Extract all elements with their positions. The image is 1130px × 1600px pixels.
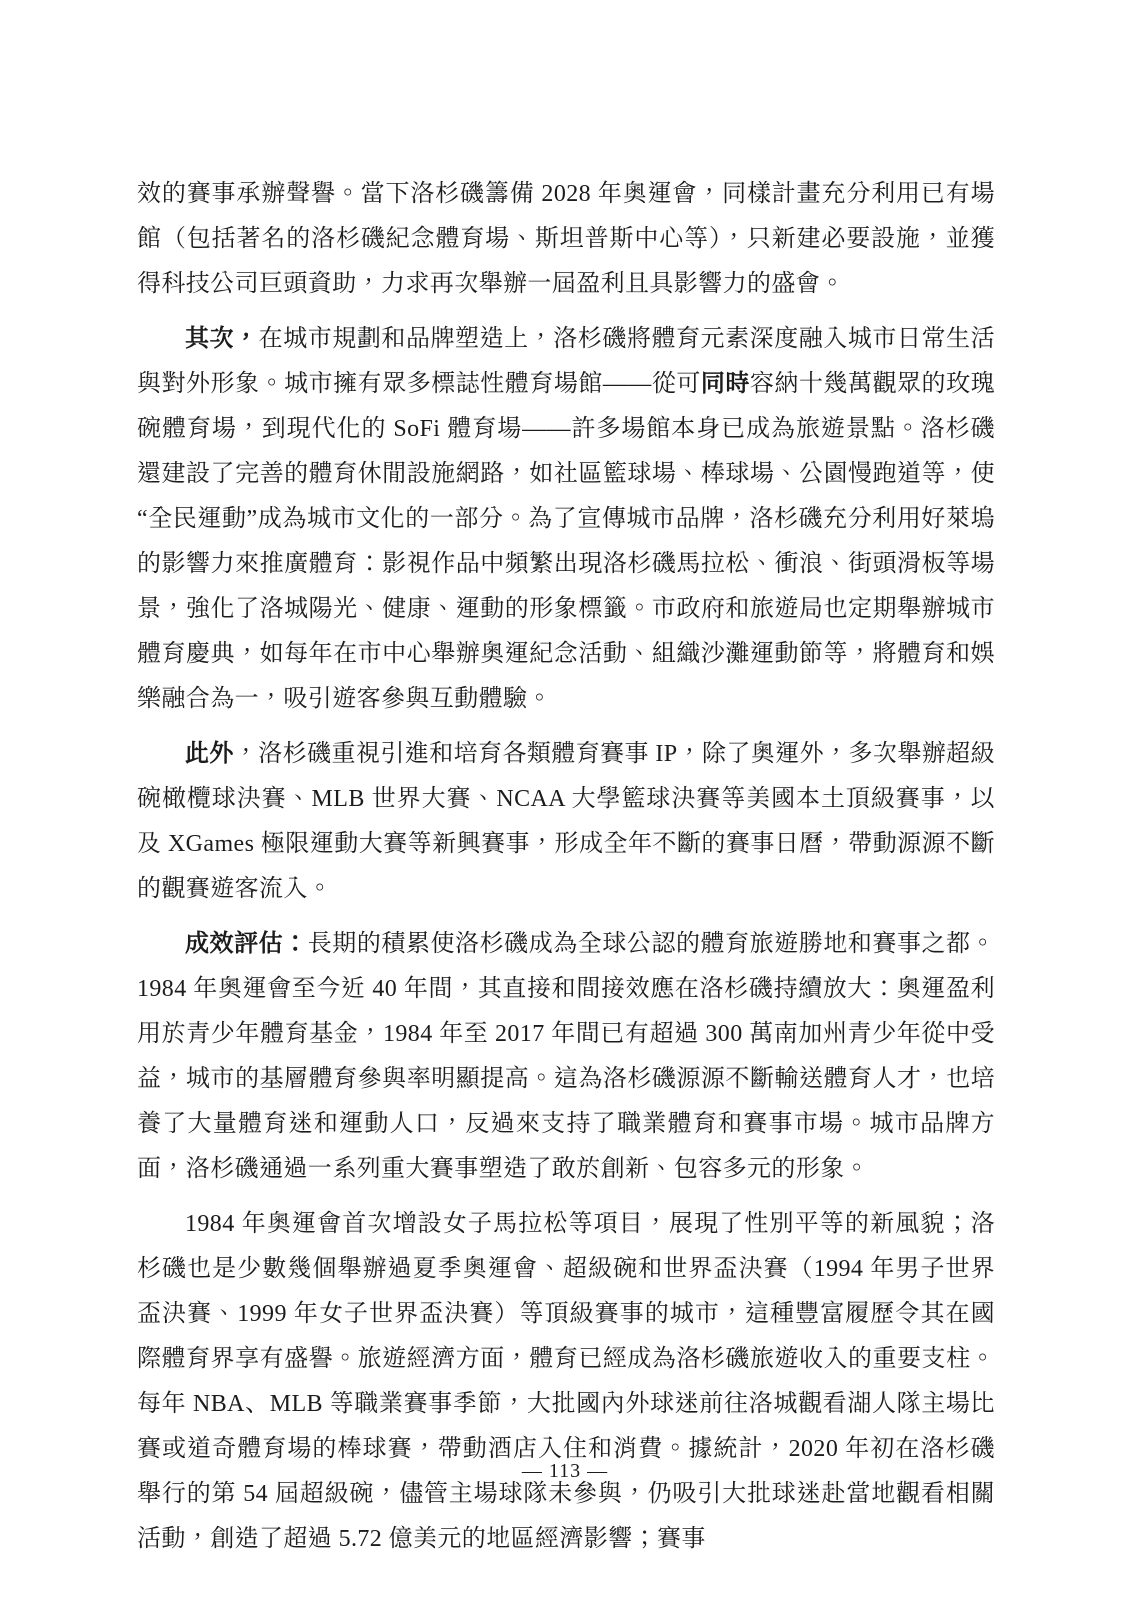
document-body: 效的賽事承辦聲譽。當下洛杉磯籌備 2028 年奧運會，同樣計畫充分利用已有場館（… bbox=[137, 172, 995, 1562]
bold-text-run: 此外 bbox=[185, 741, 234, 767]
paragraph: 其次，在城市規劃和品牌塑造上，洛杉磯將體育元素深度融入城市日常生活與對外形象。城… bbox=[137, 317, 995, 722]
bold-text-run: 成效評估： bbox=[185, 931, 308, 957]
text-run: 長期的積累使洛杉磯成為全球公認的體育旅遊勝地和賽事之都。1984 年奧運會至今近… bbox=[137, 931, 995, 1182]
text-run: 容納十幾萬觀眾的玫瑰碗體育場，到現代化的 SoFi 體育場——許多場館本身已成為… bbox=[137, 371, 995, 712]
bold-text-run: 其次， bbox=[185, 326, 259, 352]
text-run: 效的賽事承辦聲譽。當下洛杉磯籌備 2028 年奧運會，同樣計畫充分利用已有場館（… bbox=[137, 181, 995, 297]
paragraph: 此外，洛杉磯重視引進和培育各類體育賽事 IP，除了奧運外，多次舉辦超級碗橄欖球決… bbox=[137, 732, 995, 912]
paragraph: 成效評估：長期的積累使洛杉磯成為全球公認的體育旅遊勝地和賽事之都。1984 年奧… bbox=[137, 922, 995, 1192]
page-number: — 113 — bbox=[522, 1460, 608, 1482]
bold-text-run: 同時 bbox=[701, 371, 750, 397]
paragraph: 效的賽事承辦聲譽。當下洛杉磯籌備 2028 年奧運會，同樣計畫充分利用已有場館（… bbox=[137, 172, 995, 307]
text-run: ，洛杉磯重視引進和培育各類體育賽事 IP，除了奧運外，多次舉辦超級碗橄欖球決賽、… bbox=[137, 741, 995, 902]
paragraph: 1984 年奧運會首次增設女子馬拉松等項目，展現了性別平等的新風貌；洛杉磯也是少… bbox=[137, 1202, 995, 1562]
text-run: 1984 年奧運會首次增設女子馬拉松等項目，展現了性別平等的新風貌；洛杉磯也是少… bbox=[137, 1211, 995, 1552]
page-footer: — 113 — bbox=[0, 1460, 1130, 1483]
document-page: 效的賽事承辦聲譽。當下洛杉磯籌備 2028 年奧運會，同樣計畫充分利用已有場館（… bbox=[0, 0, 1130, 1600]
